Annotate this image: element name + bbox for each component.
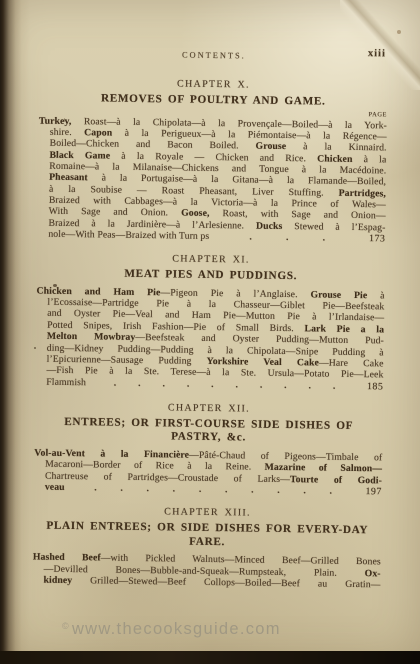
dish-name-bold: Tourte of Godi-	[290, 474, 382, 486]
leader-dot: .	[284, 380, 287, 391]
dish-name-bold: Ducks	[256, 220, 283, 231]
leader-dot: .	[114, 377, 117, 388]
chapter-heading: CHAPTER XI.	[37, 252, 385, 269]
dish-name-bold: Chicken	[317, 153, 352, 164]
toc-section: CHAPTER XIII.PLAIN ENTREES; OR SIDE DISH…	[32, 505, 381, 591]
leader-dot: .	[120, 483, 123, 494]
toc-sections: CHAPTER X.REMOVES OF POULTRY AND GAME.PA…	[32, 77, 387, 591]
entry-text: nole—With Peas—Braized with Turn ps	[48, 229, 209, 243]
leader-dot: .	[277, 485, 280, 496]
dish-name-bold: Black Game	[49, 149, 110, 161]
leader-dot: .	[251, 484, 254, 495]
dish-name-bold: Lark Pie a la	[304, 323, 384, 335]
entry-text: à	[367, 290, 384, 301]
leader-dot: .	[333, 380, 336, 391]
dish-name-bold: Capon	[84, 127, 112, 138]
leader-dot: .	[94, 482, 97, 493]
leader-dot: .	[162, 378, 165, 389]
leader-dot: .	[249, 231, 252, 242]
dish-name-bold: Pheasant	[49, 172, 88, 184]
dish-name-bold: Hashed Beef	[33, 552, 101, 564]
dish-name-bold: Melton Mowbray	[47, 331, 136, 343]
leader-dot: .	[146, 483, 149, 494]
scanned-book-page: CONTENTS. xiii CHAPTER X.REMOVES OF POUL…	[0, 0, 420, 664]
watermark-text: www.thecooksguide.com	[72, 620, 281, 638]
leader-dot: .	[308, 380, 311, 391]
toc-entry: Chicken and Ham Pie—Pigeon Pie à l’Angla…	[35, 285, 384, 392]
leader-dot: .	[329, 486, 332, 497]
dish-name-bold: veau	[45, 482, 65, 494]
leader-dot: .	[187, 378, 190, 389]
dish-name-bold: kidney	[43, 575, 72, 586]
dish-name-bold: Grouse Pie	[310, 289, 367, 301]
toc-section: CHAPTER X.REMOVES OF POULTRY AND GAME.PA…	[37, 77, 387, 245]
leader-dot: .	[303, 485, 306, 496]
entry-page-number: 197	[364, 486, 382, 498]
section-title: MEAT PIES AND PUDDINGS.	[37, 267, 385, 285]
dish-name-bold: Turkey,	[39, 115, 72, 126]
dot-leader: ...	[209, 231, 367, 245]
toc-entry: Turkey, Roast—à la Chipolata—à la Proven…	[37, 115, 387, 245]
leader-dot: .	[260, 379, 263, 390]
toc-section: CHAPTER XI.MEAT PIES AND PUDDINGS.Chicke…	[35, 252, 385, 392]
watermark: ©www.thecooksguide.com	[62, 620, 281, 639]
copyright-icon: ©	[62, 621, 70, 631]
entry-text: à la	[352, 153, 386, 164]
leader-dot: .	[199, 484, 202, 495]
running-title: CONTENTS.	[182, 51, 246, 61]
entry-text: —Hare Cake	[319, 357, 384, 369]
leader-dot: .	[173, 483, 176, 494]
leader-dot: .	[225, 484, 228, 495]
toc-entry: Hashed Beef—with Pickled Walnuts—Minced …	[32, 552, 380, 591]
toc-section: CHAPTER XII.ENTREES; OR FIRST-COURSE SID…	[34, 400, 383, 497]
dish-name-bold: Ox-	[365, 568, 381, 579]
entry-text: Flammish	[46, 376, 86, 388]
leader-dot: .	[286, 232, 289, 243]
leader-dot: .	[323, 232, 326, 243]
leader-dot: .	[235, 379, 238, 390]
page-content: CONTENTS. xiii CHAPTER X.REMOVES OF POUL…	[32, 46, 388, 591]
entry-page-number: 173	[367, 233, 385, 245]
entry-page-number: 185	[365, 381, 383, 393]
entry-text: à la Kinnaird.	[286, 141, 387, 153]
chapter-heading: CHAPTER XII.	[35, 400, 383, 417]
dish-name-bold: Goose,	[181, 208, 210, 219]
dish-name-bold: Grouse	[256, 141, 287, 152]
entry-text: Stewed à l’Espag-	[282, 221, 385, 233]
folio-page-number: xiii	[368, 48, 386, 60]
chapter-heading: CHAPTER XIII.	[33, 505, 381, 522]
chapter-heading: CHAPTER X.	[39, 77, 387, 94]
dish-name-bold: Partridges,	[339, 187, 386, 199]
leader-dot: .	[211, 379, 214, 390]
scan-border-bottom	[0, 651, 420, 664]
leader-dot: .	[138, 378, 141, 389]
toc-entry: Vol-au-Vent à la Financière—Pâté-Chaud o…	[34, 447, 383, 497]
entry-text: shire.	[50, 127, 85, 138]
